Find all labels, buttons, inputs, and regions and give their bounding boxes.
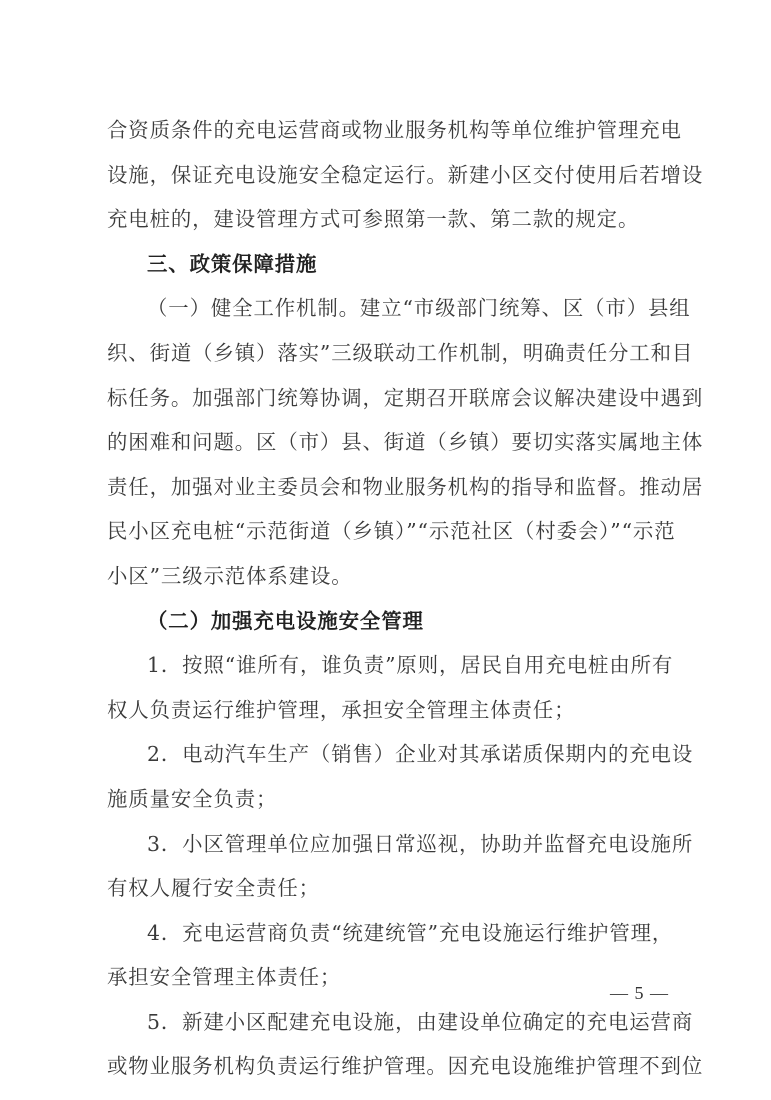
body-text-line: 权人负责运行维护管理，承担安全管理主体责任；: [107, 688, 665, 733]
list-item-1: 1．按照“谁所有，谁负责”原则，居民自用充电桩由所有: [107, 643, 665, 688]
body-text-line: 民小区充电桩“示范街道（乡镇）”“示范社区（村委会）”“示范: [107, 509, 665, 554]
body-text-line: 充电桩的，建设管理方式可参照第一款、第二款的规定。: [107, 197, 665, 242]
body-text-line: 合资质条件的充电运营商或物业服务机构等单位维护管理充电: [107, 108, 665, 153]
body-text-line: 的困难和问题。区（市）县、街道（乡镇）要切实落实属地主体: [107, 420, 665, 465]
list-item-3: 3．小区管理单位应加强日常巡视，协助并监督充电设施所: [107, 822, 665, 867]
subsection-heading: （二）加强充电设施安全管理: [107, 599, 665, 644]
body-text-line: 有权人履行安全责任；: [107, 866, 665, 911]
body-text-line: 设施，保证充电设施安全稳定运行。新建小区交付使用后若增设: [107, 153, 665, 198]
body-text-line: 小区”三级示范体系建设。: [107, 554, 665, 599]
document-page: 合资质条件的充电运营商或物业服务机构等单位维护管理充电 设施，保证充电设施安全稳…: [107, 108, 665, 1089]
subsection-paragraph-start: （一）健全工作机制。建立“市级部门统筹、区（市）县组: [107, 286, 665, 331]
list-item-5: 5．新建小区配建充电设施，由建设单位确定的充电运营商: [107, 1000, 665, 1045]
body-text-line: 承担安全管理主体责任；: [107, 955, 665, 1000]
body-text-line: 标任务。加强部门统筹协调，定期召开联席会议解决建设中遇到: [107, 376, 665, 421]
body-text-line: 责任，加强对业主委员会和物业服务机构的指导和监督。推动居: [107, 465, 665, 510]
list-item-2: 2．电动汽车生产（销售）企业对其承诺质保期内的充电设: [107, 732, 665, 777]
list-item-4: 4．充电运营商负责“统建统管”充电设施运行维护管理，: [107, 911, 665, 956]
body-text-line: 或物业服务机构负责运行维护管理。因充电设施维护管理不到位: [107, 1044, 665, 1089]
body-text-line: 织、街道（乡镇）落实”三级联动工作机制，明确责任分工和目: [107, 331, 665, 376]
body-text-line: 施质量安全负责；: [107, 777, 665, 822]
page-number: — 5 —: [610, 983, 669, 1004]
section-heading: 三、政策保障措施: [107, 242, 665, 287]
